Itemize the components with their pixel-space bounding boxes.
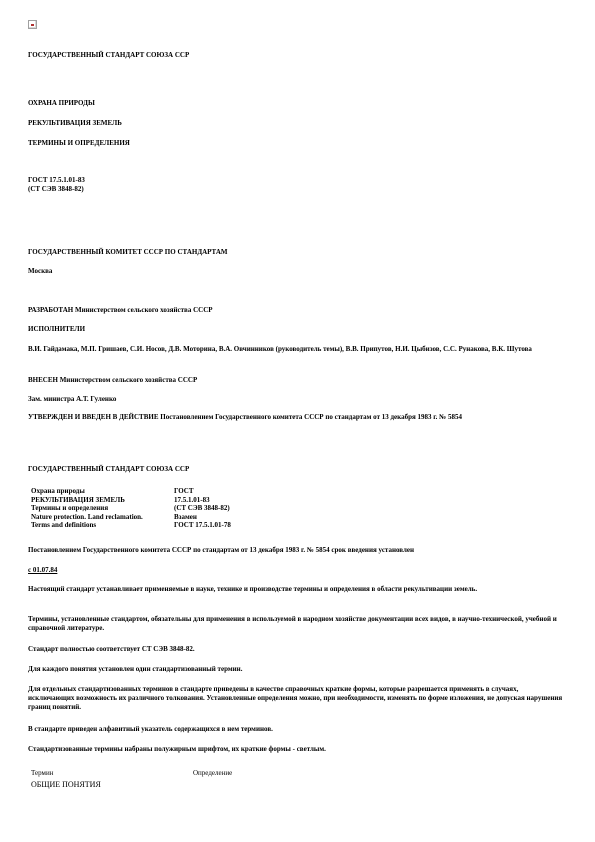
developed-text: Министерством сельского хозяйства СССР xyxy=(73,306,212,314)
intro-table: Охрана природы ГОСТ РЕКУЛЬТИВАЦИЯ ЗЕМЕЛЬ… xyxy=(31,487,231,530)
broken-image-icon xyxy=(28,20,37,29)
second-standard-heading: ГОСУДАРСТВЕННЫЙ СТАНДАРТ СОЮЗА ССР xyxy=(28,465,189,474)
executors-list: В.И. Гайдамака, М.П. Гришаев, С.И. Носов… xyxy=(28,345,548,354)
gost-code: ГОСТ 17.5.1.01-83 xyxy=(28,176,85,185)
decree-text: Постановлением Государственного комитета… xyxy=(28,546,414,555)
column-definition: Определение xyxy=(193,769,232,778)
effective-date: с 01.07.84 xyxy=(28,566,57,575)
table-row: РЕКУЛЬТИВАЦИЯ ЗЕМЕЛЬ 17.5.1.01-83 xyxy=(31,496,231,505)
title-line-2: РЕКУЛЬТИВАЦИЯ ЗЕМЕЛЬ xyxy=(28,119,122,128)
approved-by: УТВЕРЖДЕН И ВВЕДЕН В ДЕЙСТВИЕ Постановле… xyxy=(28,413,563,422)
city: Москва xyxy=(28,267,52,276)
introduced-label: ВНЕСЕН xyxy=(28,376,58,384)
developed-label: РАЗРАБОТАН xyxy=(28,306,73,314)
table-row: Охрана природы ГОСТ xyxy=(31,487,231,496)
committee-heading: ГОСУДАРСТВЕННЫЙ КОМИТЕТ СССР ПО СТАНДАРТ… xyxy=(28,248,228,257)
column-term: Термин xyxy=(31,769,53,778)
introduced-by: ВНЕСЕН Министерством сельского хозяйства… xyxy=(28,376,197,385)
deputy-minister: Зам. министра А.Т. Гуленко xyxy=(28,395,116,404)
developed-by: РАЗРАБОТАН Министерством сельского хозяй… xyxy=(28,306,213,315)
title-line-3: ТЕРМИНЫ И ОПРЕДЕЛЕНИЯ xyxy=(28,139,130,148)
paragraph-index: В стандарте приведен алфавитный указател… xyxy=(28,725,273,734)
table-row: Terms and definitions ГОСТ 17.5.1.01-78 xyxy=(31,521,231,530)
paragraph-scope: Настоящий стандарт устанавливает применя… xyxy=(28,585,563,594)
paragraph-mandatory: Термины, установленные стандартом, обяза… xyxy=(28,615,563,633)
paragraph-one-term: Для каждого понятия установлен один стан… xyxy=(28,665,242,674)
executors-label: ИСПОЛНИТЕЛИ xyxy=(28,325,85,334)
paragraph-typography: Стандартизованные термины набраны полужи… xyxy=(28,745,326,754)
approved-text: Постановлением Государственного комитета… xyxy=(159,413,462,421)
table-row: Nature protection. Land reclamation. Вза… xyxy=(31,513,231,522)
title-line-1: ОХРАНА ПРИРОДЫ xyxy=(28,99,95,108)
paragraph-conformity: Стандарт полностью соответствует СТ СЭВ … xyxy=(28,645,195,654)
standard-heading: ГОСУДАРСТВЕННЫЙ СТАНДАРТ СОЮЗА ССР xyxy=(28,51,189,60)
table-row: Термины и определения (СТ СЭВ 3848-82) xyxy=(31,504,231,513)
section-general-concepts: ОБЩИЕ ПОНЯТИЯ xyxy=(31,780,101,789)
paragraph-short-forms: Для отдельных стандартизованных терминов… xyxy=(28,685,563,712)
st-sev-code: (СТ СЭВ 3848-82) xyxy=(28,185,84,194)
introduced-text: Министерством сельского хозяйства СССР xyxy=(58,376,197,384)
approved-label: УТВЕРЖДЕН И ВВЕДЕН В ДЕЙСТВИЕ xyxy=(28,413,159,421)
